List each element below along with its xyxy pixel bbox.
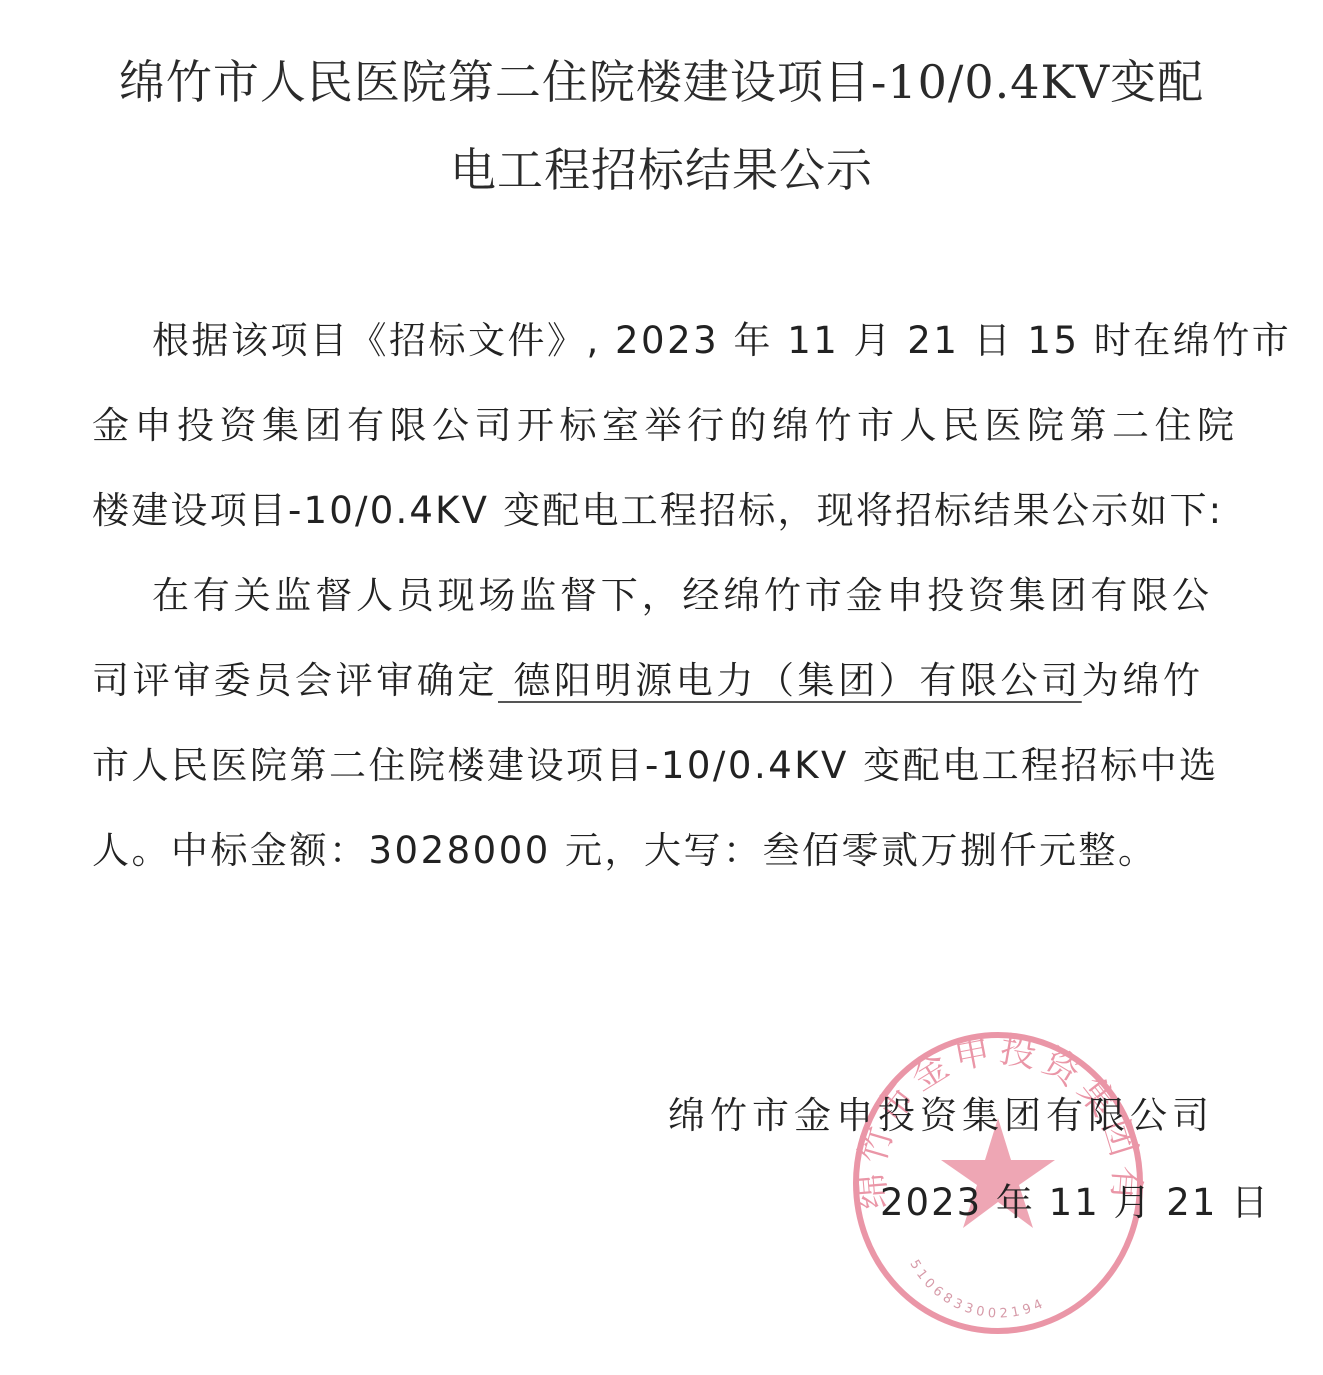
- document-title-line-1: 绵竹市人民医院第二住院楼建设项目-10/0.4KV变配: [0, 46, 1323, 112]
- body-line-7: 人。中标金额：3028000 元，大写：叁佰零贰万捌仟元整。: [92, 820, 1158, 874]
- body-line-5-prefix: 司评审委员会评审确定: [92, 659, 498, 702]
- body-line-5: 司评审委员会评审确定 德阳明源电力（集团）有限公司为绵竹: [92, 650, 1204, 704]
- body-line-2: 金申投资集团有限公司开标室举行的绵竹市人民医院第二住院: [92, 395, 1240, 449]
- body-line-5-suffix: 为绵竹: [1082, 659, 1204, 702]
- body-line-6: 市人民医院第二住院楼建设项目-10/0.4KV 变配电工程招标中选: [92, 735, 1219, 789]
- document-title-line-2: 电工程招标结果公示: [0, 134, 1323, 200]
- signature-organization: 绵竹市金申投资集团有限公司: [668, 1085, 1214, 1139]
- winner-name: 德阳明源电力（集团）有限公司: [498, 659, 1082, 702]
- signature-date: 2023 年 11 月 21 日: [880, 1172, 1270, 1226]
- body-line-1: 根据该项目《招标文件》, 2023 年 11 月 21 日 15 时在绵竹市: [152, 310, 1291, 364]
- body-line-3: 楼建设项目-10/0.4KV 变配电工程招标，现将招标结果公示如下:: [92, 480, 1223, 534]
- body-line-4: 在有关监督人员现场监督下，经绵竹市金申投资集团有限公: [152, 565, 1213, 619]
